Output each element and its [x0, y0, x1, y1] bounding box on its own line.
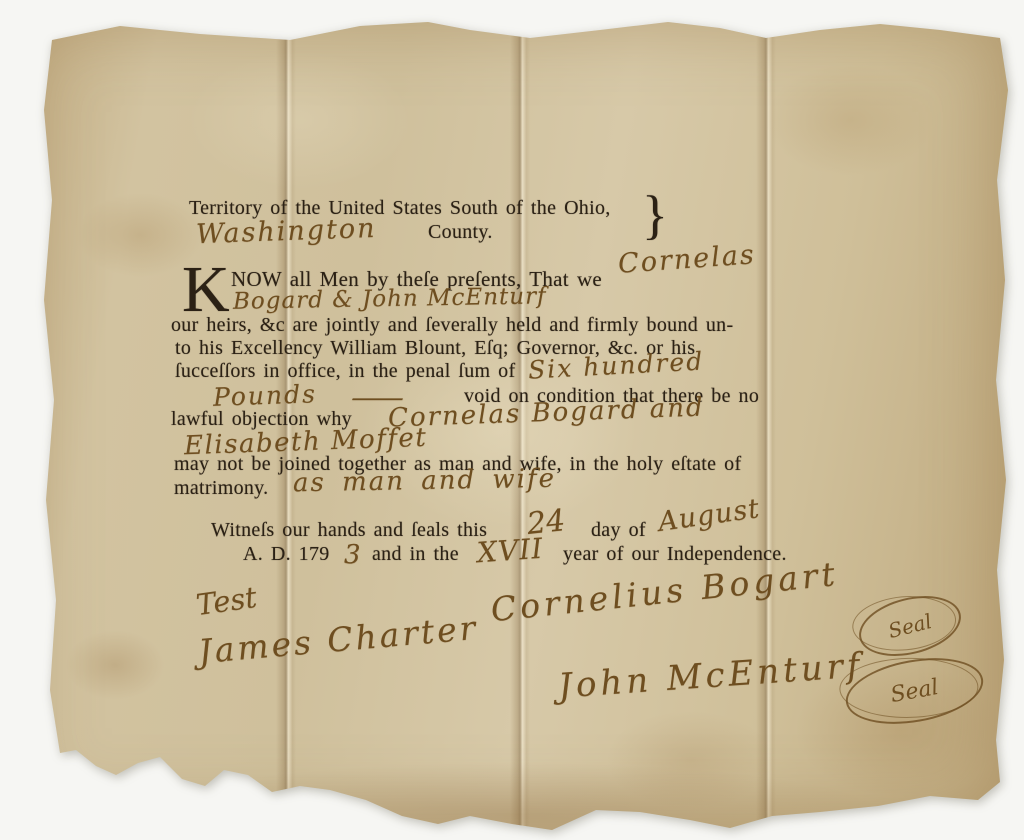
- matrimony-label: matrimony.: [174, 477, 268, 500]
- witness-signature: James Charter: [197, 608, 480, 671]
- man-and-wife-handwritten: as man and wife: [293, 464, 556, 499]
- witness-hands-seals-line: Witneſs our hands and ſeals this: [211, 519, 487, 542]
- document-paper: Territory of the United States South of …: [0, 0, 1024, 840]
- anno-domini-label: A. D. 179: [243, 543, 330, 566]
- seal-label: Seal: [886, 609, 934, 643]
- month-handwritten: August: [656, 493, 762, 538]
- attest-handwritten: Test: [194, 580, 259, 622]
- dropcap-k: K: [182, 260, 230, 319]
- fold-crease-3: [756, 0, 776, 840]
- day-of-label: day of: [591, 519, 646, 542]
- successors-line: ſucceſſors in office, in the penal ſum o…: [175, 360, 515, 383]
- seal-flourish-1: Seal: [853, 586, 967, 665]
- bondsman-signature: John McEnturf: [557, 645, 865, 706]
- and-in-the-label: and in the: [372, 543, 459, 566]
- year-digit-handwritten: 3: [344, 540, 361, 570]
- header-brace: }: [642, 188, 668, 242]
- groom-first-name-handwritten: Cornelas: [617, 239, 757, 280]
- seal-label: Seal: [889, 675, 941, 708]
- paper-shadow-wrap: Territory of the United States South of …: [0, 0, 1024, 840]
- objection-names-handwritten: Cornelas Bogard and: [388, 392, 706, 433]
- county-name-handwritten: Washington: [196, 213, 378, 250]
- pounds-handwritten: Pounds: [213, 379, 318, 412]
- heirs-line: our heirs, &c are jointly and ſeverally …: [171, 314, 733, 337]
- principals-handwritten: Bogard & John McEnturf: [233, 283, 547, 314]
- scanned-document-scene: Territory of the United States South of …: [0, 0, 1024, 840]
- county-label: County.: [428, 221, 493, 244]
- independence-year-handwritten: XVII: [476, 532, 544, 570]
